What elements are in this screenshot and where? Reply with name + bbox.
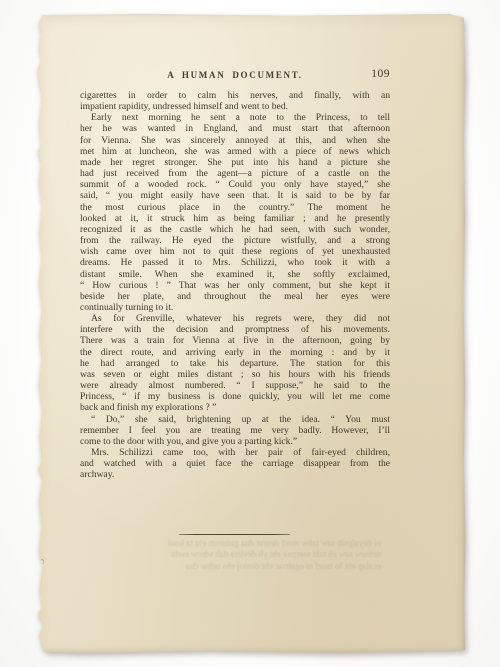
scan-background: A HUMAN DOCUMENT. 109 cigarettes in orde… (0, 0, 500, 667)
text-line: recognized it as the castle which he had… (80, 224, 390, 235)
paragraph: cigarettes in order to calm his nerves, … (80, 90, 390, 112)
showthrough-line: detnaw saw eh taht sserpxe eht yb devirr… (101, 549, 381, 560)
text-line: As for Grenville, whatever his regrets w… (80, 313, 390, 324)
showthrough-line: ni deyalpsib saw tahw morf denrut dna gn… (101, 538, 381, 549)
text-line: made her regret stronger. She put into h… (80, 157, 390, 168)
text-line: Early next morning he sent a note to the… (80, 112, 390, 123)
book-page: A HUMAN DOCUMENT. 109 cigarettes in orde… (37, 14, 466, 654)
text-line: “ Do,” she said, brightening up at the i… (80, 414, 390, 425)
text-line: the most curious place in the country.” … (80, 202, 390, 213)
text-line: “ How curious ! ” That was her only comm… (80, 280, 390, 291)
paragraph: As for Grenville, whatever his regrets w… (80, 313, 390, 413)
text-line: her he was wanted in England, and must s… (80, 123, 390, 134)
text-line: Princess, “ if my business is done quick… (80, 391, 390, 402)
text-line: remember I feel you are treating me very… (80, 425, 390, 436)
text-line: had just received from the agent—a pictu… (80, 168, 390, 179)
text-line: and watched with a quiet face the carria… (80, 458, 390, 469)
page-body-text: cigarettes in order to calm his nerves, … (80, 90, 390, 480)
paper-pinhole (39, 559, 44, 565)
text-line: met him at luncheon, she was armed with … (80, 146, 390, 157)
text-line: distant smile. When she examined it, she… (80, 269, 390, 280)
paragraph: Mrs. Schilizzi came too, with her pair o… (80, 447, 390, 480)
text-line: said, “ you might easily have seen that.… (80, 190, 390, 201)
book-page-wrap: A HUMAN DOCUMENT. 109 cigarettes in orde… (37, 14, 466, 654)
paragraph: Early next morning he sent a note to the… (80, 112, 390, 313)
text-line: interfere with the decision and promptne… (80, 324, 390, 335)
text-line: dreams. He passed it to Mrs. Schilizzi, … (80, 257, 390, 268)
text-line: for Vienna. She was sincerely annoyed at… (80, 135, 390, 146)
page-showthrough-text: ni deyalpsib saw tahw morf denrut dna gn… (101, 538, 381, 572)
text-line: the direct route, and arriving early in … (80, 347, 390, 358)
text-line: Mrs. Schilizzi came too, with her pair o… (80, 447, 390, 458)
text-line: impatient rapidity, undressed himself an… (80, 101, 390, 112)
text-line: were already almost numbered. “ I suppos… (80, 380, 390, 391)
text-line: looked at it, it struck him as being fam… (80, 213, 390, 224)
page-header: A HUMAN DOCUMENT. 109 (80, 68, 390, 83)
running-title: A HUMAN DOCUMENT. (80, 70, 390, 80)
section-divider-rule (179, 534, 290, 535)
text-line: continually turning to it. (80, 302, 390, 313)
text-line: archway. (80, 469, 390, 480)
text-line: There was a train for Vienna at five in … (80, 335, 390, 346)
page-number: 109 (371, 68, 390, 80)
text-line: he had arranged to take his departure. T… (80, 358, 390, 369)
text-line: summit of a wooded rock. “ Could you onl… (80, 179, 390, 190)
text-line: come to the door with you, and give you … (80, 436, 390, 447)
paragraph: “ Do,” she said, brightening up at the i… (80, 414, 390, 447)
text-line: was seven or eight miles distant ; so hi… (80, 369, 390, 380)
text-line: beside her plate, and throughout the mea… (80, 291, 390, 302)
showthrough-line: ecalap eht fo tnorf ni egairrac eht deni… (101, 561, 381, 572)
text-line: back and finish my explorations ? ” (80, 402, 390, 413)
text-line: wish came over him not to quit these reg… (80, 246, 390, 257)
text-line: cigarettes in order to calm his nerves, … (80, 90, 390, 101)
text-line: from the railway. He eyed the picture wi… (80, 235, 390, 246)
